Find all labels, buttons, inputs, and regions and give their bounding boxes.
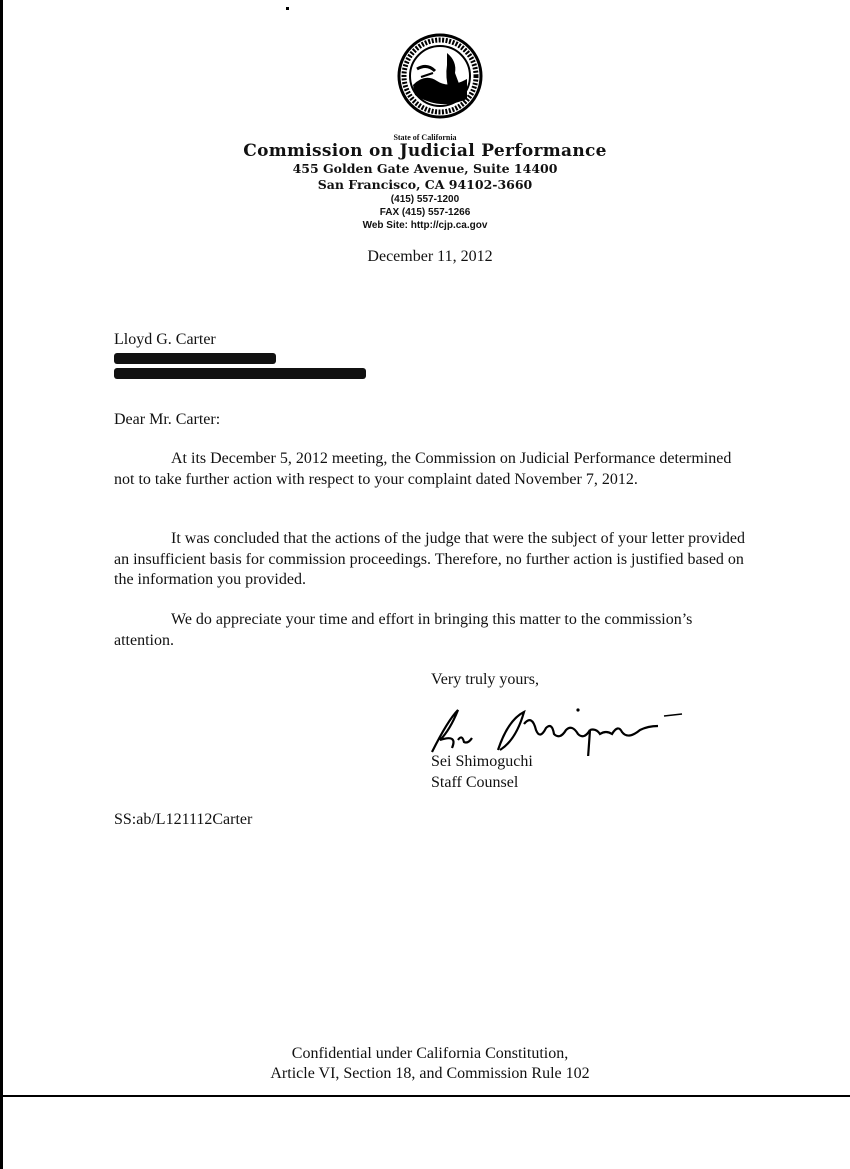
redacted-address-line-2 (114, 368, 366, 379)
letterhead-website: Web Site: http://cjp.ca.gov (0, 219, 850, 232)
body-paragraph-1: At its December 5, 2012 meeting, the Com… (114, 449, 754, 490)
closing: Very truly yours, (431, 671, 539, 689)
letter-date: December 11, 2012 (0, 248, 850, 266)
letterhead-agency: Commission on Judicial Performance (0, 142, 850, 161)
letterhead-address-1: 455 Golden Gate Avenue, Suite 14400 (0, 161, 850, 177)
signer-block: Sei Shimoguchi Staff Counsel (431, 751, 533, 793)
body-paragraph-3: We do appreciate your time and effort in… (114, 610, 754, 651)
body-paragraph-2: It was concluded that the actions of the… (114, 529, 754, 591)
paragraph-text: At its December 5, 2012 meeting, the Com… (114, 449, 754, 490)
paragraph-text: It was concluded that the actions of the… (114, 529, 754, 591)
salutation: Dear Mr. Carter: (114, 411, 220, 429)
letterhead: State of California Commission on Judici… (0, 133, 850, 232)
redacted-address-line-1 (114, 353, 276, 364)
letterhead-address-2: San Francisco, CA 94102-3660 (0, 177, 850, 193)
recipient-block: Lloyd G. Carter (114, 330, 366, 383)
footer-line-1: Confidential under California Constituti… (0, 1044, 850, 1064)
signer-title: Staff Counsel (431, 772, 533, 793)
scan-bottom-rule (3, 1095, 850, 1097)
recipient-name: Lloyd G. Carter (114, 330, 366, 349)
confidentiality-footer: Confidential under California Constituti… (0, 1044, 850, 1084)
scan-speck (286, 7, 289, 10)
reference-initials: SS:ab/L121112Carter (114, 811, 252, 829)
paragraph-text: We do appreciate your time and effort in… (114, 610, 754, 651)
state-seal-icon (397, 33, 483, 119)
footer-line-2: Article VI, Section 18, and Commission R… (0, 1064, 850, 1084)
handwritten-signature-icon (428, 700, 698, 756)
letterhead-phone: (415) 557-1200 (0, 193, 850, 206)
letterhead-fax: FAX (415) 557-1266 (0, 206, 850, 219)
signer-name: Sei Shimoguchi (431, 751, 533, 772)
